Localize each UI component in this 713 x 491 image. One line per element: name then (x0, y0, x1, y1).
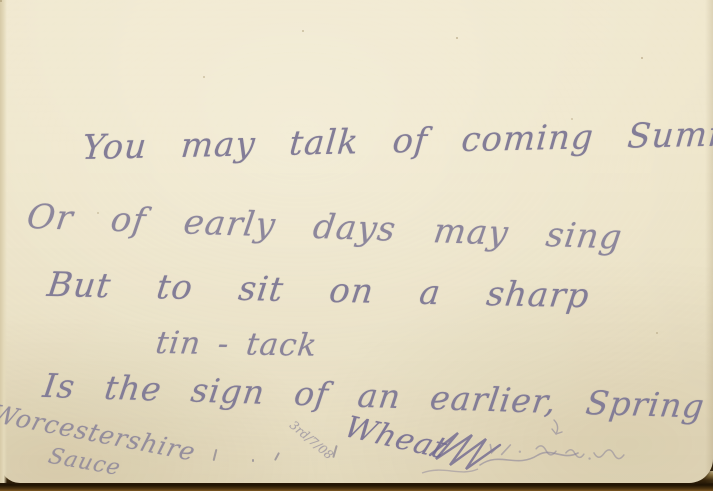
paper-right-edge-shadow (705, 0, 713, 483)
flourish-marks (548, 418, 588, 448)
poem-line-4: tin - tack (154, 325, 320, 364)
scanned-album-page: You may talk of coming Summer Or of earl… (0, 0, 713, 491)
paper-specks (0, 0, 2, 2)
paper-page: You may talk of coming Summer Or of earl… (0, 0, 713, 483)
pencil-tick (252, 459, 254, 462)
